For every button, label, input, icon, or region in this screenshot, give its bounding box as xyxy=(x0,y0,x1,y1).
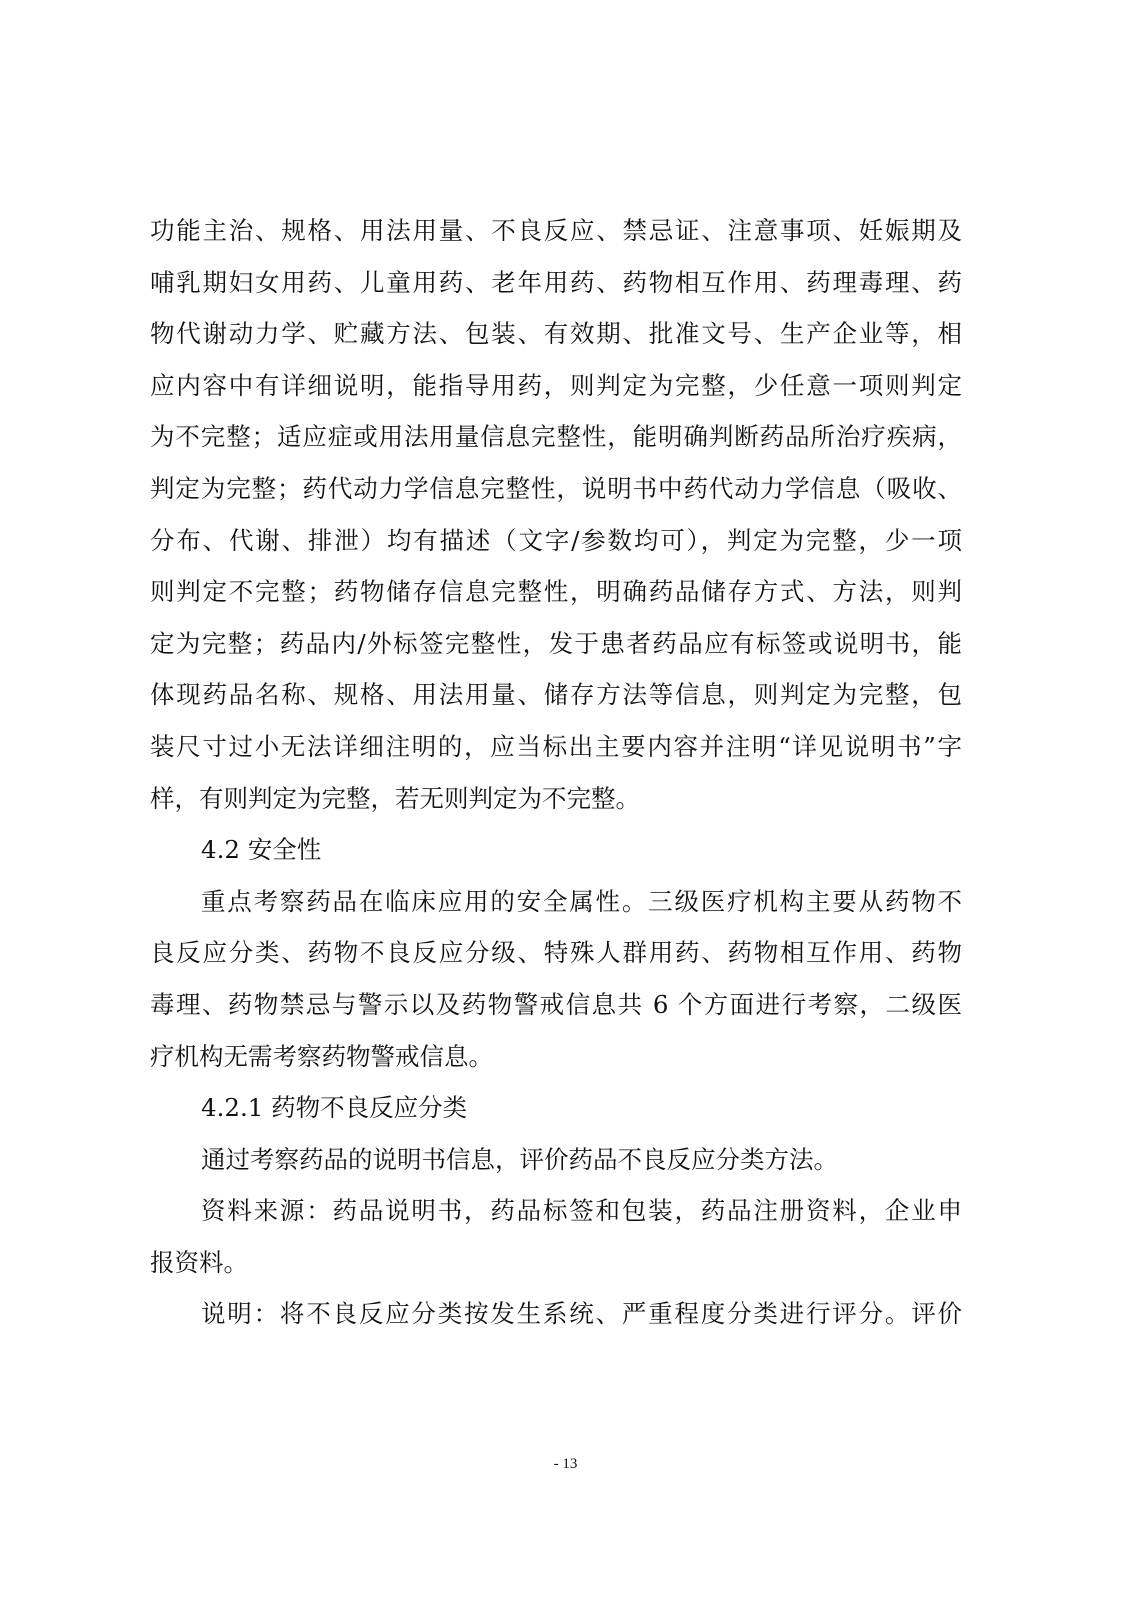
paragraph-line: 功能主治、规格、用法用量、不良反应、禁忌证、注意事项、妊娠期及 xyxy=(150,205,962,257)
section-4-2-1: 4.2.1 药物不良反应分类 通过考察药品的说明书信息，评价药品不良反应分类方法… xyxy=(150,1082,962,1340)
paragraph-line: 疗机构无需考察药物警戒信息。 xyxy=(150,1031,962,1083)
subsection-heading: 4.2.1 药物不良反应分类 xyxy=(150,1082,962,1134)
paragraph-line: 应内容中有详细说明，能指导用药，则判定为完整，少任意一项则判定 xyxy=(150,360,962,412)
paragraph-line: 则判定不完整；药物储存信息完整性，明确药品储存方式、方法，则判 xyxy=(150,566,962,618)
paragraph-line: 毒理、药物禁忌与警示以及药物警戒信息共 6 个方面进行考察，二级医 xyxy=(150,979,962,1031)
paragraph-line: 物代谢动力学、贮藏方法、包装、有效期、批准文号、生产企业等，相 xyxy=(150,308,962,360)
section-4-2: 4.2 安全性 重点考察药品在临床应用的安全属性。三级医疗机构主要从药物不 良反… xyxy=(150,824,962,1082)
source-line: 资料来源：药品说明书，药品标签和包装，药品注册资料，企业申 xyxy=(150,1185,962,1237)
paragraph-line: 分布、代谢、排泄）均有描述（文字/参数均可），判定为完整，少一项 xyxy=(150,515,962,567)
paragraph-line: 哺乳期妇女用药、儿童用药、老年用药、药物相互作用、药理毒理、药 xyxy=(150,257,962,309)
paragraph-line: 体现药品名称、规格、用法用量、储存方法等信息，则判定为完整，包 xyxy=(150,669,962,721)
paragraph-line: 良反应分类、药物不良反应分级、特殊人群用药、药物相互作用、药物 xyxy=(150,927,962,979)
paragraph-line: 装尺寸过小无法详细注明的，应当标出主要内容并注明“详见说明书”字 xyxy=(150,721,962,773)
paragraph-line: 重点考察药品在临床应用的安全属性。三级医疗机构主要从药物不 xyxy=(150,876,962,928)
source-line: 报资料。 xyxy=(150,1237,962,1289)
document-body: 功能主治、规格、用法用量、不良反应、禁忌证、注意事项、妊娠期及 哺乳期妇女用药、… xyxy=(150,205,962,1340)
paragraph-line: 定为完整；药品内/外标签完整性，发于患者药品应有标签或说明书，能 xyxy=(150,618,962,670)
continuation-paragraph: 功能主治、规格、用法用量、不良反应、禁忌证、注意事项、妊娠期及 哺乳期妇女用药、… xyxy=(150,205,962,824)
page-number: - 13 xyxy=(0,1456,1131,1473)
note-line: 说明：将不良反应分类按发生系统、严重程度分类进行评分。评价 xyxy=(150,1288,962,1340)
document-page: 功能主治、规格、用法用量、不良反应、禁忌证、注意事项、妊娠期及 哺乳期妇女用药、… xyxy=(0,0,1131,1600)
intro-paragraph: 通过考察药品的说明书信息，评价药品不良反应分类方法。 xyxy=(150,1134,962,1186)
paragraph-line: 样，有则判定为完整，若无则判定为不完整。 xyxy=(150,773,962,825)
section-heading: 4.2 安全性 xyxy=(150,824,962,876)
paragraph-line: 为不完整；适应症或用法用量信息完整性，能明确判断药品所治疗疾病， xyxy=(150,411,962,463)
paragraph-line: 判定为完整；药代动力学信息完整性，说明书中药代动力学信息（吸收、 xyxy=(150,463,962,515)
